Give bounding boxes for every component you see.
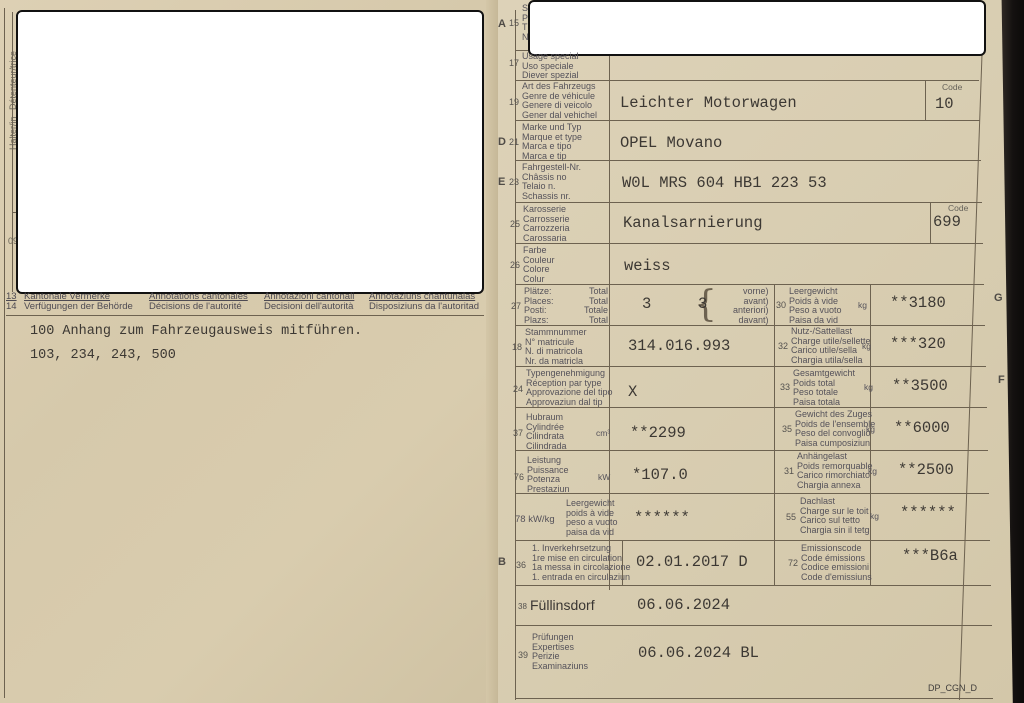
vehicle-type-code: 10 [935,95,954,113]
header-col-fr-2: Décisions de l'autorité [149,302,242,312]
displacement-value: **2299 [630,424,686,442]
field-72-label: EmissionscodeCode émissionsCodice emissi… [801,544,872,582]
left-page: Halter/in Détenteur/trice 09 13 14 Kanto… [0,0,498,703]
divider [515,10,516,700]
divider [6,315,484,316]
payload-value: ***320 [890,335,946,353]
divider [774,284,775,585]
field-num-23: 23 [509,177,519,187]
side-letter-d: D [498,136,506,148]
field-num-26: 26 [510,260,520,270]
field-24-label: TypengenehmigungRéception par typeApprov… [526,369,613,407]
field-19-label: Art des FahrzeugsGenre de véhiculeGenere… [522,82,597,120]
field-num-27: 27 [511,301,521,311]
power-value: *107.0 [632,466,688,484]
field-76-label: LeistungPuissancePotenzaPrestaziun [527,456,570,494]
redacted-holder-block [16,10,484,294]
field-num-55: 55 [786,512,796,522]
emission-code-value: ***B6a [902,547,958,565]
divider [930,202,931,243]
remark-line-1: 100 Anhang zum Fahrzeugausweis mitführen… [30,324,362,339]
header-col-it-2: Decisioni dell'autorità [264,302,353,312]
header-col-de-2: Verfügungen der Behörde [24,302,133,312]
divider [515,450,988,451]
field-num-33: 33 [780,382,790,392]
unit-cm3: cm³ [596,428,610,438]
remark-line-2: 103, 234, 243, 500 [30,348,176,363]
unit-kg: kg [866,424,875,434]
trailer-load-value: **2500 [898,461,954,479]
vehicle-data-form: A D E B G F 15 SPTN 17 Usage specialUso … [512,0,990,703]
side-letter-a: A [498,18,506,30]
field-27-total-label: TotalTotalTotaleTotal [584,287,608,325]
side-letter-b: B [498,556,506,568]
divider [515,243,983,244]
issuing-place: Füllinsdorf [530,597,595,613]
field-num-18: 18 [512,342,522,352]
field-num-32: 32 [778,341,788,351]
roof-load-value: ****** [900,504,956,522]
field-25-label: KarosserieCarrosserieCarrozzeriaCarossar… [523,205,570,243]
field-27-label: Plätze:Places:Posti:Plazs: [524,287,554,325]
unit-kw: kW [598,472,610,482]
field-num-36: 36 [516,560,526,570]
redacted-plate-block [528,0,986,56]
body-type-value: Kanalsarnierung [623,214,763,232]
divider [515,493,989,494]
make-model-value: OPEL Movano [620,134,722,152]
seats-total-value: 3 [642,295,651,313]
chassis-number-value: W0L MRS 604 HB1 223 53 [622,174,827,192]
field-num-38: 38 [518,602,527,611]
field-num-21: 21 [509,137,519,147]
divider [925,80,926,120]
side-letter-g: G [994,292,1003,304]
field-23-label: Fahrgestell-Nr.Châssis noTelaio n.Schass… [522,163,581,201]
inspection-date-value: 06.06.2024 BL [638,644,759,662]
field-55-label: DachlastCharge sur le toitCarico sul tet… [800,497,870,535]
side-letter-e: E [498,176,505,188]
divider [515,160,981,161]
field-35-label: Gewicht des ZugesPoids de l'ensemblePeso… [795,410,875,448]
train-weight-value: **6000 [894,419,950,437]
field-37-label: HubraumCylindréeCilindrataCilindrada [526,413,567,451]
field-30-label: LeergewichtPoids à videPeso a vuotoPaisa… [789,287,842,325]
field-num-19: 19 [509,97,519,107]
field-num-17: 17 [509,58,519,68]
unit-kg: kg [864,382,873,392]
divider [515,284,984,285]
divider [515,540,990,541]
field-17-label: Usage specialUso specialeDiever spezial [522,52,579,81]
field-num-25: 25 [510,219,520,229]
field-21-label: Marke und TypMarque et typeMarca e tipoM… [522,123,582,161]
code-label: Code [948,203,968,213]
divider [959,40,983,700]
master-number-value: 314.016.993 [628,337,730,355]
vehicle-type-value: Leichter Motorwagen [620,94,797,112]
field-31-label: AnhängelastPoids remorquableCarico rimor… [797,452,873,490]
field-num-39: 39 [518,650,528,660]
unit-kg: kg [868,466,877,476]
field-18-label: StammnummerN° matriculeN. di matricolaNr… [525,328,587,366]
body-type-code: 699 [933,213,961,231]
color-value: weiss [624,257,671,275]
field-num-37: 37 [513,428,523,438]
side-letter-f: F [998,374,1005,386]
field-39-label: PrüfungenExpertisesPerizieExaminaziuns [532,633,588,671]
field-78-label-num: 78 kW/kg [515,515,555,525]
field-num-72: 72 [788,558,798,568]
seats-front-label: vorne)avant)anteriori)davant) [733,287,769,325]
field-num-35: 35 [782,424,792,434]
field-36-label: 1. Inverkehrsetzung1re mise en circulati… [532,544,631,582]
field-33-label: GesamtgewichtPoids totalPeso totalePaisa… [793,369,855,407]
field-num-15: 15 [509,18,519,28]
form-code: DP_CGN_D [928,683,977,693]
divider [515,202,982,203]
first-registration-value: 02.01.2017 D [636,553,748,571]
unit-kg: kg [858,300,867,310]
empty-weight-value: **3180 [890,294,946,312]
field-num-24: 24 [513,384,523,394]
field-32-label: Nutz-/SattellastCharge utile/selletteCar… [791,327,871,365]
code-label: Code [942,82,962,92]
issue-date-value: 06.06.2024 [637,596,730,614]
header-col-rm-2: Disposiziuns da l'autoritad [369,302,479,312]
unit-kg: kg [870,511,879,521]
type-approval-value: X [628,383,637,401]
header-num-14: 14 [6,302,17,312]
power-weight-ratio-value: ****** [634,509,690,527]
divider [515,698,993,699]
divider [515,625,992,626]
field-num-30: 30 [776,300,786,310]
seats-front-value: 3 [698,295,707,313]
divider [515,585,991,586]
unit-kg: kg [862,341,871,351]
field-num-31: 31 [784,466,794,476]
field-78-label: Leergewichtpoids à videpeso a vuotopaisa… [566,499,618,537]
field-num-76: 76 [514,472,524,482]
field-26-label: FarbeCouleurColoreColur [523,246,555,284]
total-weight-value: **3500 [892,377,948,395]
